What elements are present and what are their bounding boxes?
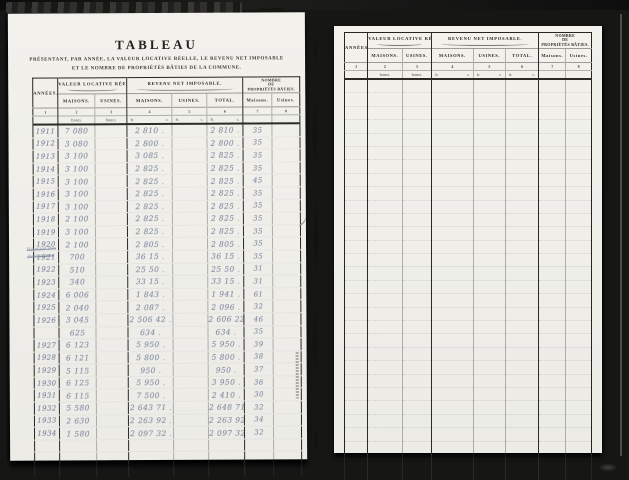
table-cell: 2 825 — [207, 200, 243, 213]
table-cell — [95, 162, 127, 175]
table-cell — [345, 133, 368, 146]
table-cell: 25 50 — [128, 263, 173, 276]
table-cell: 38 — [244, 351, 273, 364]
col-number: 7 — [243, 107, 272, 115]
table-cell — [473, 213, 505, 226]
table-cell — [539, 267, 566, 280]
table-cell — [473, 133, 505, 146]
table-cell — [432, 454, 473, 467]
subheader-rni-total: TOTAL. — [207, 93, 243, 107]
table-cell: 3 100 — [58, 150, 95, 163]
table-cell — [473, 307, 505, 320]
table-cell: 1917 — [33, 201, 58, 214]
subheader-rni-maisons: MAISONS. — [432, 49, 473, 63]
table-cell — [345, 321, 368, 334]
table-cell: 35 — [243, 162, 272, 175]
table-cell — [174, 426, 209, 439]
table-cell — [273, 237, 301, 250]
table-cell — [505, 334, 538, 347]
group-nombre-line3: PROPRIÉTÉS BÂTIES. — [243, 87, 299, 92]
table-cell — [539, 173, 566, 186]
table-cell — [473, 347, 505, 360]
table-row — [345, 146, 592, 159]
table-cell — [539, 120, 566, 133]
table-cell: 35 — [243, 123, 272, 136]
table-cell: 1 580 — [60, 427, 97, 440]
table-row — [345, 361, 592, 374]
table-cell — [97, 402, 129, 415]
table-cell — [345, 240, 368, 253]
table-row — [345, 428, 592, 441]
table-cell — [539, 387, 566, 400]
table-cell: 950 — [208, 363, 244, 376]
table-cell — [432, 414, 473, 427]
table-cell — [272, 187, 300, 200]
table-cell — [432, 321, 473, 334]
table-cell — [345, 200, 368, 213]
right-table-header: ANNÉES. VALEUR LOCATIVE RÉELLE. REVENU N… — [345, 33, 592, 80]
col-number: 5 — [172, 107, 207, 115]
table-cell — [345, 120, 368, 133]
table-cell — [273, 287, 301, 300]
header-group-valeur: VALEUR LOCATIVE RÉELLE. — [368, 33, 432, 49]
table-cell — [368, 240, 402, 253]
brace-decoration — [136, 86, 233, 91]
table-row — [345, 321, 592, 334]
table-cell — [505, 267, 538, 280]
table-cell — [272, 136, 300, 149]
header-group-nombre: NOMBRE DE PROPRIÉTÉS BÂTIES. — [243, 77, 300, 93]
table-cell — [95, 175, 127, 188]
table-cell: 1 843 — [128, 288, 173, 301]
table-cell: 2 825 — [207, 187, 243, 200]
table-cell — [566, 79, 592, 93]
table-cell — [368, 160, 402, 173]
table-cell — [273, 262, 301, 275]
table-cell: 2 606 22 — [208, 313, 244, 326]
table-cell — [402, 173, 432, 186]
table-cell — [97, 439, 129, 452]
unit-fr: fr. — [175, 117, 178, 122]
unit-francs: francs. — [58, 116, 95, 125]
table-cell — [345, 307, 368, 320]
table-cell — [566, 307, 592, 320]
table-cell — [96, 314, 128, 327]
table-row — [345, 468, 592, 480]
table-cell — [35, 465, 60, 478]
table-cell — [173, 376, 208, 389]
table-cell: 634 — [128, 326, 173, 339]
table-cell — [505, 294, 538, 307]
table-cell — [96, 351, 128, 364]
table-cell — [539, 213, 566, 226]
subtitle-line-2: ET LE NOMBRE DE PROPRIÉTÉS BÂTIES DE LA … — [8, 63, 305, 74]
table-cell — [432, 79, 473, 93]
table-cell — [566, 361, 592, 374]
table-cell: 32 — [244, 300, 273, 313]
unit-cell — [566, 71, 592, 80]
subheader-rni-maisons: MAISONS. — [127, 93, 172, 107]
table-cell — [368, 374, 402, 387]
table-cell — [473, 401, 505, 414]
table-cell: 1 941 — [208, 288, 244, 301]
table-cell — [539, 441, 566, 454]
table-cell: 36 — [244, 376, 273, 389]
table-cell: 2 825 — [207, 212, 243, 225]
brace-decoration — [67, 87, 117, 91]
table-cell: 2 087 — [128, 301, 173, 314]
table-cell — [539, 160, 566, 173]
table-cell — [272, 162, 300, 175]
table-cell: 7 080 — [58, 124, 95, 137]
table-cell — [402, 120, 432, 133]
table-cell — [345, 401, 368, 414]
table-cell: 2 825 — [128, 225, 173, 238]
table-cell — [97, 414, 129, 427]
table-cell — [95, 137, 127, 150]
table-cell — [432, 120, 473, 133]
table-row — [345, 133, 592, 146]
table-cell — [539, 79, 566, 93]
table-cell — [505, 428, 538, 441]
table-cell — [345, 280, 368, 293]
table-cell — [432, 307, 473, 320]
table-cell: 1925 — [34, 301, 59, 314]
table-cell: 61 — [244, 288, 273, 301]
table-row — [345, 240, 592, 253]
table-cell — [402, 401, 432, 414]
table-cell: 3 085 — [127, 150, 172, 163]
table-cell — [566, 133, 592, 146]
table-cell — [505, 240, 538, 253]
table-cell: 34 — [245, 414, 274, 427]
table-cell — [505, 213, 538, 226]
table-cell — [473, 227, 505, 240]
table-cell: 2 040 — [59, 301, 96, 314]
table-cell — [274, 401, 302, 414]
table-cell — [539, 294, 566, 307]
table-cell: 950 — [128, 364, 173, 377]
table-cell — [402, 347, 432, 360]
table-cell: 35 — [244, 250, 273, 263]
table-cell: 35 — [243, 136, 272, 149]
table-cell — [96, 225, 128, 238]
table-cell — [566, 267, 592, 280]
table-cell — [60, 465, 97, 478]
table-cell — [274, 464, 302, 477]
table-cell — [129, 464, 174, 477]
header-annees: ANNÉES. — [345, 33, 368, 63]
table-cell — [432, 254, 473, 267]
table-cell: 35 — [244, 225, 273, 238]
table-cell — [539, 200, 566, 213]
table-cell: 1932 — [34, 402, 59, 415]
table-cell — [566, 468, 592, 480]
table-cell — [432, 227, 473, 240]
table-cell — [432, 294, 473, 307]
table-cell: 5 950 — [208, 338, 244, 351]
table-cell: 2 825 — [128, 213, 173, 226]
table-cell — [539, 187, 566, 200]
table-cell: 3 100 — [58, 200, 95, 213]
group-revenu-label: REVENU NET IMPOSABLE. — [448, 36, 522, 41]
right-table-body — [345, 79, 592, 480]
col-number: 3 — [402, 63, 432, 71]
table-cell — [505, 173, 538, 186]
binding-stitch — [313, 36, 318, 64]
table-cell: 30 — [244, 388, 273, 401]
table-cell — [505, 374, 538, 387]
table-cell — [345, 146, 368, 159]
table-cell — [95, 124, 127, 137]
header-group-revenu: REVENU NET IMPOSABLE. — [127, 77, 243, 94]
table-cell — [368, 347, 402, 360]
table-cell — [402, 454, 432, 467]
left-table-body: 19117 0802 8102 8103519123 0802 8002 800… — [33, 123, 302, 478]
table-cell — [566, 414, 592, 427]
unit-fr-c: fr.c. — [473, 71, 505, 80]
subheader-vl-maisons: MAISONS. — [368, 49, 402, 63]
table-cell — [539, 428, 566, 441]
table-cell — [402, 441, 432, 454]
table-cell — [473, 240, 505, 253]
table-cell — [402, 374, 432, 387]
table-cell — [505, 160, 538, 173]
table-row — [345, 160, 592, 173]
table-cell — [432, 146, 473, 159]
table-row — [345, 374, 592, 387]
table-cell: 5 800 — [208, 351, 244, 364]
table-cell — [566, 294, 592, 307]
table-cell — [432, 374, 473, 387]
table-cell — [402, 79, 432, 93]
table-cell — [566, 120, 592, 133]
table-cell: 2 096 — [208, 300, 244, 313]
scan-smudge — [598, 464, 618, 471]
table-cell — [539, 106, 566, 119]
table-cell — [402, 160, 432, 173]
table-row — [345, 213, 592, 226]
table-cell — [566, 227, 592, 240]
table-cell — [566, 93, 592, 106]
table-cell — [35, 440, 60, 453]
table-cell — [402, 361, 432, 374]
table-cell — [473, 254, 505, 267]
table-cell — [473, 414, 505, 427]
table-cell — [432, 347, 473, 360]
table-cell — [505, 401, 538, 414]
left-table-header: ANNÉES. VALEUR LOCATIVE RÉELLE. REVENU N… — [33, 77, 300, 125]
table-cell — [473, 374, 505, 387]
left-ledger-table: ANNÉES. VALEUR LOCATIVE RÉELLE. REVENU N… — [32, 76, 302, 478]
unit-francs: francs. — [368, 71, 402, 80]
table-cell — [402, 187, 432, 200]
table-cell — [505, 454, 538, 467]
table-cell: 2 805 — [208, 237, 244, 250]
header-group-valeur: VALEUR LOCATIVE RÉELLE. — [58, 78, 127, 94]
table-cell — [473, 187, 505, 200]
table-cell: 39 — [244, 338, 273, 351]
table-cell — [539, 468, 566, 480]
table-cell — [566, 146, 592, 159]
table-cell — [566, 240, 592, 253]
table-cell — [173, 275, 208, 288]
table-cell: 2 263 92 — [208, 414, 244, 427]
table-cell — [402, 307, 432, 320]
table-cell — [368, 387, 402, 400]
table-cell — [345, 79, 368, 93]
table-cell — [473, 106, 505, 119]
right-page: ANNÉES. VALEUR LOCATIVE RÉELLE. REVENU N… — [334, 26, 602, 453]
table-cell: 1930 — [34, 377, 59, 390]
table-cell — [368, 294, 402, 307]
table-cell — [345, 227, 368, 240]
table-cell — [402, 468, 432, 480]
table-cell: 5 580 — [59, 402, 96, 415]
table-cell: 35 — [244, 237, 273, 250]
table-cell — [368, 401, 402, 414]
table-cell — [96, 288, 128, 301]
table-cell — [505, 347, 538, 360]
table-cell — [172, 175, 207, 188]
table-cell: 2 097 32 — [129, 427, 174, 440]
table-cell — [566, 441, 592, 454]
table-cell — [174, 464, 209, 477]
binding-stitch — [312, 302, 318, 378]
table-cell — [97, 452, 129, 465]
table-cell — [96, 213, 128, 226]
table-cell — [402, 146, 432, 159]
table-cell: 2 800 — [207, 137, 243, 150]
table-cell — [539, 454, 566, 467]
table-cell: 37 — [244, 363, 273, 376]
group-valeur-label: VALEUR LOCATIVE RÉELLE. — [368, 36, 431, 41]
table-cell: 2 100 — [58, 213, 95, 226]
unit-c: c. — [201, 117, 204, 122]
table-cell: 2 825 — [127, 187, 172, 200]
table-cell — [505, 120, 538, 133]
table-cell — [402, 200, 432, 213]
table-cell — [173, 225, 208, 238]
table-cell — [209, 439, 245, 452]
table-cell — [368, 428, 402, 441]
table-row — [345, 441, 592, 454]
table-cell — [432, 401, 473, 414]
table-cell: 3 045 — [59, 314, 96, 327]
table-cell — [539, 133, 566, 146]
table-cell — [473, 454, 505, 467]
table-cell — [566, 106, 592, 119]
unit-fr: fr. — [210, 117, 213, 122]
table-row — [345, 200, 592, 213]
table-cell — [274, 451, 302, 464]
table-cell — [173, 263, 208, 276]
table-cell: 35 — [243, 149, 272, 162]
table-cell — [368, 200, 402, 213]
table-cell — [368, 227, 402, 240]
unit-cell — [272, 115, 300, 124]
table-cell — [432, 200, 473, 213]
table-cell — [368, 321, 402, 334]
table-cell: 1918 — [33, 213, 58, 226]
unit-fr: fr. — [477, 72, 480, 77]
adjacent-page-edge — [620, 14, 622, 456]
table-cell — [505, 146, 538, 159]
table-cell — [172, 124, 207, 137]
col-number: 1 — [33, 108, 58, 116]
table-cell: 2 825 — [127, 162, 172, 175]
table-cell: 2 097 32 — [209, 426, 245, 439]
table-cell — [273, 313, 301, 326]
table-cell — [273, 338, 301, 351]
table-cell: 2 825 — [207, 162, 243, 175]
col-number: 6 — [505, 63, 538, 71]
table-cell — [273, 325, 301, 338]
table-cell — [432, 93, 473, 106]
table-cell: 2 810 — [127, 124, 172, 137]
table-cell — [345, 361, 368, 374]
table-cell: 6 123 — [59, 339, 96, 352]
table-cell — [274, 426, 302, 439]
table-cell — [96, 263, 128, 276]
table-cell — [473, 200, 505, 213]
table-cell — [368, 120, 402, 133]
table-row — [345, 294, 592, 307]
table-cell — [272, 199, 300, 212]
table-cell: 2 643 71 — [129, 401, 174, 414]
table-cell — [505, 361, 538, 374]
unit-fr-c: fr.c. — [505, 71, 538, 80]
col-number: 6 — [207, 107, 243, 115]
table-cell — [566, 347, 592, 360]
table-cell — [173, 326, 208, 339]
table-cell — [173, 389, 208, 402]
table-cell — [566, 173, 592, 186]
table-cell — [345, 93, 368, 106]
header-annees: ANNÉES. — [33, 78, 58, 108]
table-cell — [274, 439, 302, 452]
table-cell: 2 810 — [207, 124, 243, 137]
table-cell — [539, 334, 566, 347]
unit-cell — [345, 71, 368, 80]
table-cell: 5 950 — [128, 339, 173, 352]
table-cell — [539, 361, 566, 374]
table-cell — [345, 213, 368, 226]
subheader-nb-usines: Usines. — [272, 93, 300, 107]
table-cell — [368, 187, 402, 200]
unit-francs: francs. — [402, 71, 432, 80]
table-cell — [402, 321, 432, 334]
table-cell — [96, 339, 128, 352]
table-cell: 1924 — [34, 289, 59, 302]
table-cell — [432, 428, 473, 441]
binding-stitch — [313, 196, 319, 278]
table-cell: 35 — [244, 325, 273, 338]
table-cell — [432, 267, 473, 280]
table-cell — [345, 468, 368, 480]
table-cell — [368, 267, 402, 280]
unit-fr-c: fr.c. — [127, 115, 172, 124]
table-cell — [345, 294, 368, 307]
table-cell — [368, 173, 402, 186]
table-cell — [368, 454, 402, 467]
table-row — [345, 106, 592, 119]
col-number: 2 — [368, 63, 402, 71]
table-cell — [539, 347, 566, 360]
table-cell — [432, 280, 473, 293]
table-cell — [432, 361, 473, 374]
table-cell — [272, 174, 300, 187]
